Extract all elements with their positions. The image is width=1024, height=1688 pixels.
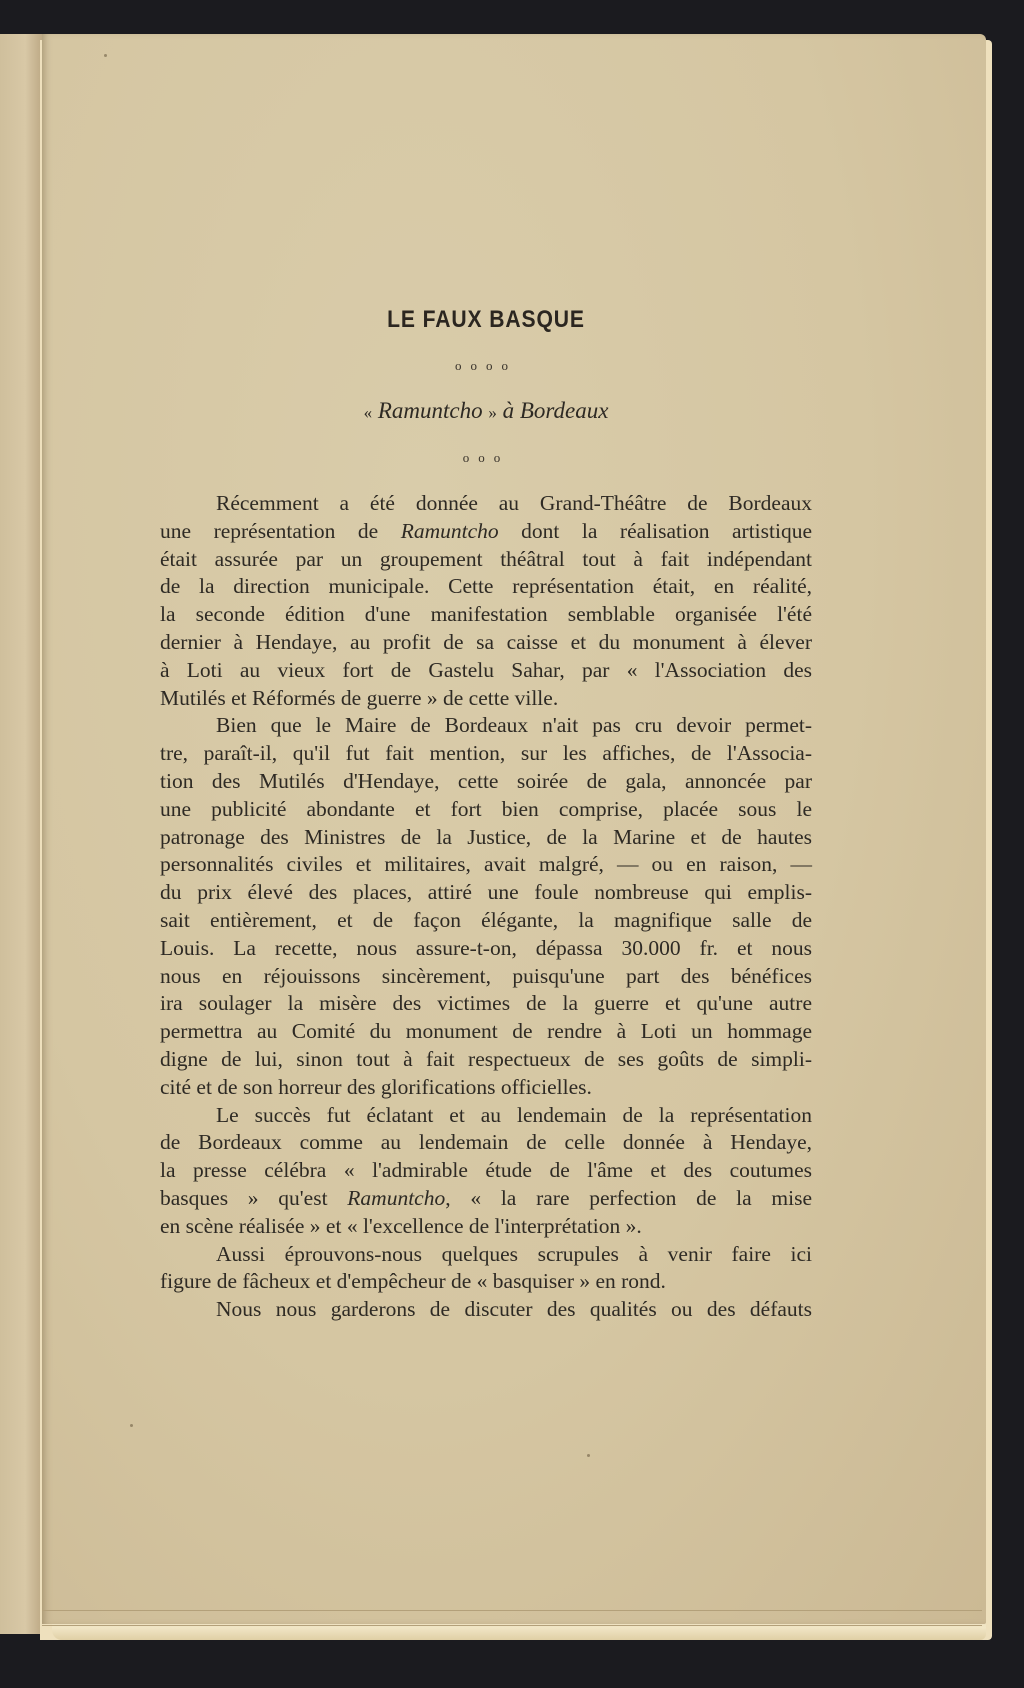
article-body: Récemment a été donnée au Grand-Théâtre … (160, 490, 812, 1324)
article-title: LE FAUX BASQUE (199, 306, 773, 334)
text-line: Nous nous garderons de discuter des qual… (160, 1296, 812, 1324)
text-line: de Bordeaux comme au lendemain de celle … (160, 1129, 812, 1157)
text-line: Aussi éprouvons-nous quelques scrupules … (160, 1241, 812, 1269)
text-line: de la direction municipale. Cette représ… (160, 573, 812, 601)
text-line: sait entièrement, et de façon élégante, … (160, 907, 812, 935)
text-line: Louis. La recette, nous assure-t-on, dép… (160, 935, 812, 963)
paper-speck (587, 1454, 590, 1457)
ornament-divider: oooo (160, 358, 812, 374)
page-bottom-rule (42, 1610, 982, 1626)
subtitle-work: Ramuntcho (378, 398, 483, 423)
text-line: permettra au Comité du monument de rendr… (160, 1018, 812, 1046)
text-line: la presse célébra « l'admirable étude de… (160, 1157, 812, 1185)
text-line: ira soulager la misère des victimes de l… (160, 990, 812, 1018)
text-line: digne de lui, sinon tout à fait respectu… (160, 1046, 812, 1074)
text-line: Récemment a été donnée au Grand-Théâtre … (160, 490, 812, 518)
open-quote: « (364, 403, 373, 422)
text-line: nous en réjouissons sincèrement, puisqu'… (160, 963, 812, 991)
text-line: était assurée par un groupement théâtral… (160, 546, 812, 574)
text-line: tion des Mutilés d'Hendaye, cette soirée… (160, 768, 812, 796)
text-line: patronage des Ministres de la Justice, d… (160, 824, 812, 852)
book-page: LE FAUX BASQUE oooo « Ramuntcho » à Bord… (42, 34, 986, 1624)
paper-speck (130, 1424, 133, 1427)
text-line: dernier à Hendaye, au profit de sa caiss… (160, 629, 812, 657)
text-line: à Loti au vieux fort de Gastelu Sahar, p… (160, 657, 812, 685)
text-line: une représentation de Ramuntcho dont la … (160, 518, 812, 546)
text-line: une publicité abondante et fort bien com… (160, 796, 812, 824)
text-line: Bien que le Maire de Bordeaux n'ait pas … (160, 712, 812, 740)
text-line: tre, paraît-il, qu'il fut fait mention, … (160, 740, 812, 768)
article-subtitle: « Ramuntcho » à Bordeaux (160, 398, 812, 424)
text-line: du prix élevé des places, attiré une fou… (160, 879, 812, 907)
paper-speck (104, 54, 107, 57)
subtitle-rest: à Bordeaux (503, 398, 609, 423)
text-line: Le succès fut éclatant et au lendemain d… (160, 1102, 812, 1130)
paragraph: Le succès fut éclatant et au lendemain d… (160, 1102, 812, 1241)
text-line: Mutilés et Réformés de guerre » de cette… (160, 685, 812, 713)
close-quote: » (488, 403, 497, 422)
paragraph: Récemment a été donnée au Grand-Théâtre … (160, 490, 812, 712)
text-line: personnalités civiles et militaires, ava… (160, 851, 812, 879)
ornament-divider: ooo (160, 450, 812, 466)
text-line: cité et de son horreur des glorification… (160, 1074, 812, 1102)
paragraph: Bien que le Maire de Bordeaux n'ait pas … (160, 712, 812, 1101)
text-line: figure de fâcheux et d'empêcheur de « ba… (160, 1268, 812, 1296)
text-line: la seconde édition d'une manifestation s… (160, 601, 812, 629)
paragraph: Aussi éprouvons-nous quelques scrupules … (160, 1241, 812, 1297)
text-line: en scène réalisée » et « l'excellence de… (160, 1213, 812, 1241)
paragraph: Nous nous garderons de discuter des qual… (160, 1296, 812, 1324)
facing-page-edge (0, 34, 44, 1634)
text-line: basques » qu'est Ramuntcho, « la rare pe… (160, 1185, 812, 1213)
